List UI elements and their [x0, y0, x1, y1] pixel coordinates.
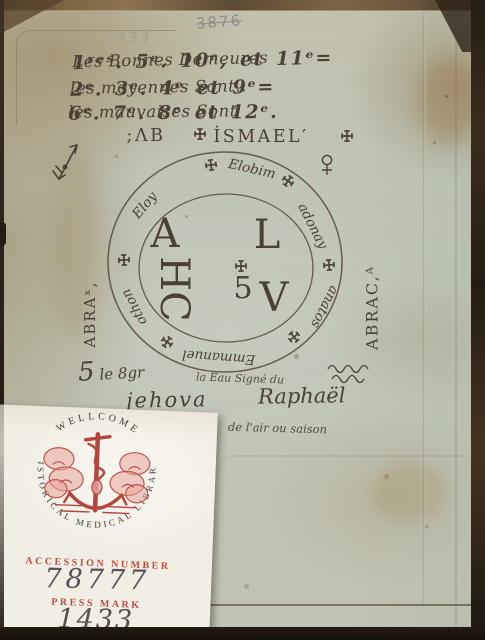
note-air-season: de l'air ou saison [228, 420, 327, 437]
pencil-number-crossed-out: 3876 [195, 11, 242, 32]
pencil-number: 1433 [106, 29, 153, 47]
line-numbers: 2ᵉ. 3ᵉ. 4ᵉ et 9ᵉ= [70, 76, 275, 101]
ismael-text: İSMAEL′ [213, 126, 308, 147]
accession-number-value: 78777 [0, 562, 198, 597]
arrow-doodle-icon [48, 138, 82, 186]
foxing-spots [445, 95, 448, 98]
horizontal-fold-crease [228, 455, 468, 457]
right-edge [471, 0, 485, 640]
maltese-cross-icon [342, 131, 352, 141]
maltese-cross-icon [236, 261, 246, 271]
ring-word-othon: othon [118, 286, 150, 328]
mirrored-bv-text: ;ΛΒ [127, 126, 166, 146]
ring-word-emmanuel: Emmanuel [182, 346, 257, 367]
photograph-of-manuscript-cover: 3876 1433 Les Bonnes Demeures 1ʳᵉˢ. 5ᵉ. … [0, 0, 485, 640]
center-figure-five: 5 [233, 271, 252, 306]
note-five: 5 le 8gr [77, 354, 145, 387]
left-edge-notch [0, 222, 6, 246]
vertical-text-abra: ABRAˣ, [81, 264, 99, 364]
center-letter-l: L [254, 212, 281, 258]
ring-word-adonay: adonay [294, 201, 331, 252]
center-letters-hc-rotated: HC [151, 256, 197, 322]
wellcome-emblem: WELLCOME HISTORICAL MEDICAL LIBRARY [9, 399, 183, 557]
maltese-cross-icon [324, 260, 335, 271]
maltese-cross-icon [160, 335, 174, 349]
ring-word-anatos: anatos [307, 283, 342, 331]
maltese-cross-icon [205, 159, 216, 170]
top-edge [0, 0, 485, 11]
maltese-cross-icon [119, 255, 130, 266]
maltese-cross-icon [287, 330, 301, 344]
serpent-anchor-emblem [42, 432, 151, 514]
magic-circle-diagram: ;ΛΒ İSMAEL′ Elobim adonay anatos Emmanue… [95, 113, 360, 390]
stain [372, 462, 446, 522]
venus-symbol-icon [322, 155, 332, 175]
wellcome-library-label: WELLCOME HISTORICAL MEDICAL LIBRARY [0, 404, 218, 639]
vertical-text-abrac: ABRAC,ᴬ [363, 258, 382, 358]
maltese-cross-icon [281, 174, 295, 188]
bottom-edge [0, 627, 485, 640]
outer-circle [108, 152, 342, 372]
left-edge [0, 0, 4, 640]
center-letter-a: A [150, 211, 181, 257]
name-raphael: Raphaël [258, 383, 346, 409]
maltese-cross-icon [195, 129, 205, 139]
vertical-fold-crease [455, 0, 457, 628]
center-letter-v: V [259, 275, 290, 321]
vertical-fold-crease [423, 12, 426, 604]
